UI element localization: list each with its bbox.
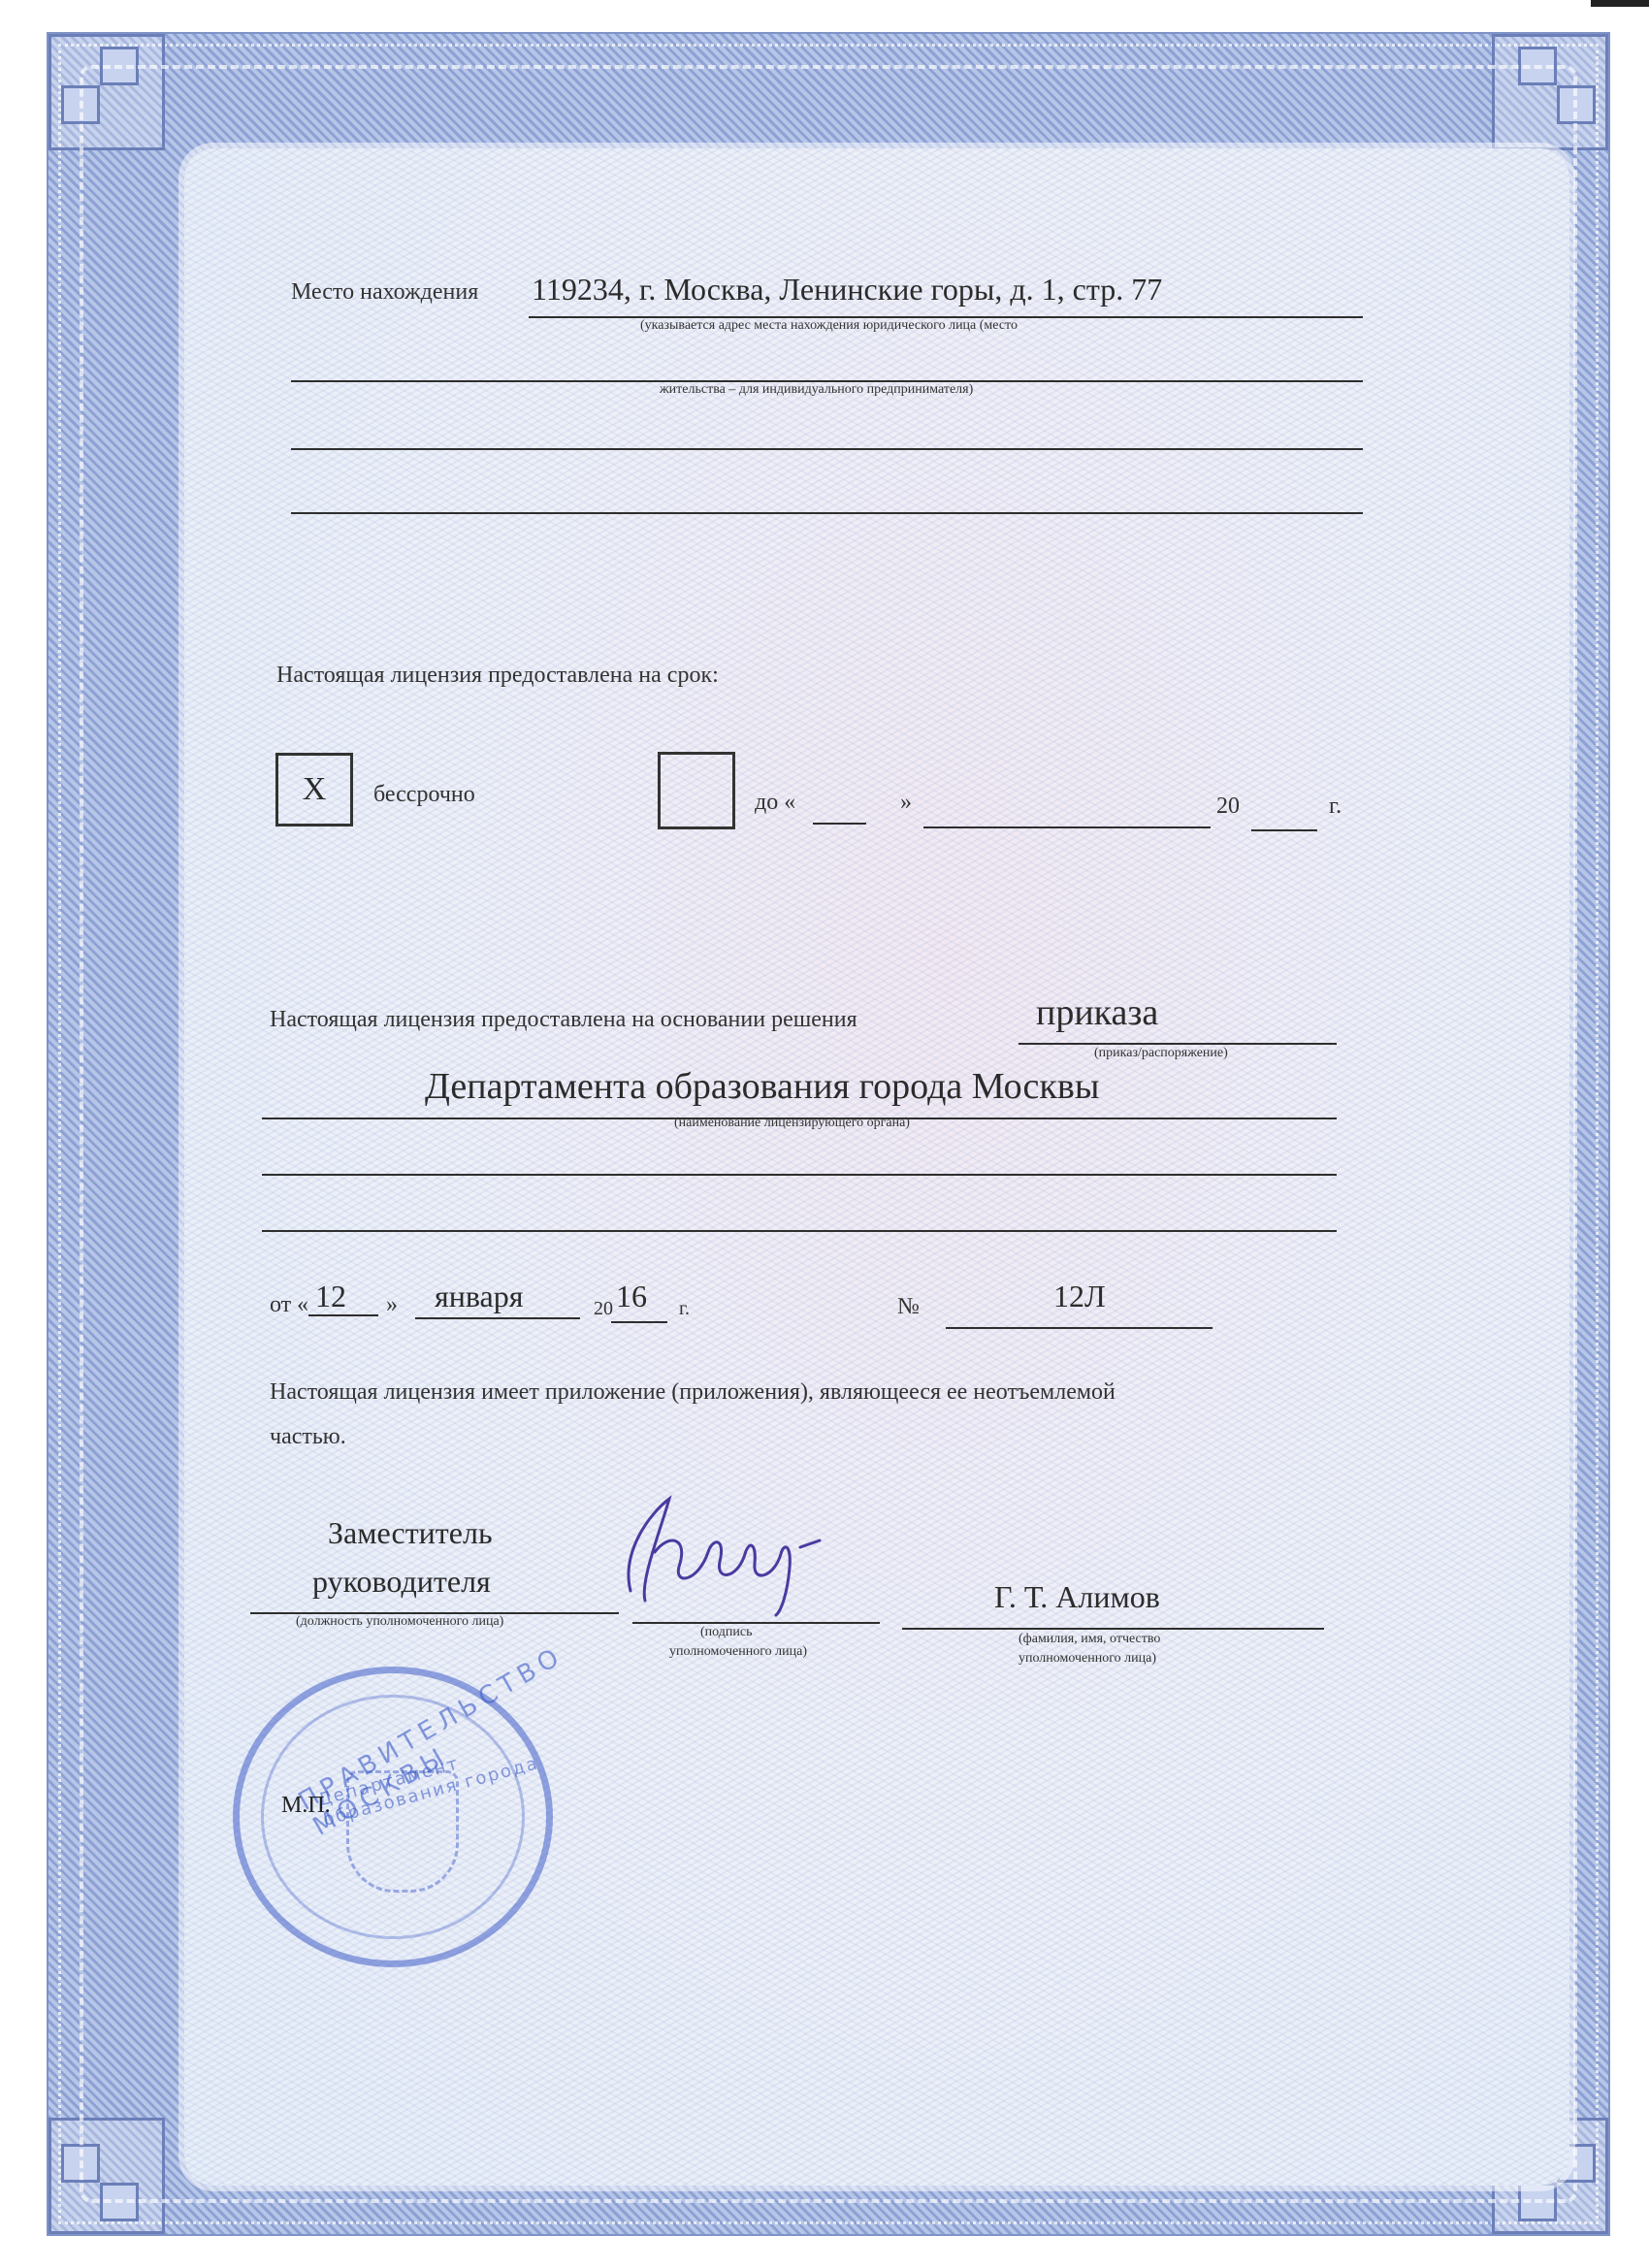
date-year-prefix: 20 [594,1298,613,1320]
location-line-3 [291,448,1363,450]
decision-type: приказа [1036,991,1158,1034]
signatory-name: Г. Т. Алимов [994,1579,1160,1615]
name-hint-2: уполномоченного лица) [1018,1651,1156,1667]
appendix-text-2: частью. [270,1424,346,1450]
authority-line-3 [262,1230,1337,1232]
term-heading: Настоящая лицензия предоставлена на срок… [276,663,719,689]
date-year-label: г. [679,1298,690,1320]
until-date-checkbox[interactable] [658,752,735,829]
until-label: до « [755,790,795,816]
corner-ornament-bottom-right [1492,2118,1608,2234]
date-prefix: от « [270,1292,308,1318]
until-day-blank [813,823,866,825]
signature-underline [632,1622,880,1624]
until-year-prefix: 20 [1216,794,1240,820]
location-hint-2: жительства – для индивидуального предпри… [660,382,973,398]
location-label: Место нахождения [291,279,478,306]
license-number: 12Л [1053,1279,1106,1314]
position-line-1: Заместитель [328,1515,493,1551]
authority-hint: (наименование лицензирующего органа) [674,1116,910,1131]
date-day: 12 [315,1279,346,1314]
seal-place-label: М.П. [281,1793,331,1819]
name-underline [902,1628,1324,1630]
basis-label: Настоящая лицензия предоставлена на осно… [270,1007,857,1033]
appendix-text-1: Настоящая лицензия имеет приложение (при… [270,1379,1115,1406]
scan-edge-mark [1591,0,1649,7]
location-line-4 [291,512,1363,514]
seal-emblem-icon [346,1770,459,1893]
until-month-blank [923,826,1211,828]
date-quote-close: » [386,1292,398,1318]
until-year-blank [1251,829,1317,831]
until-quote-close: » [900,790,912,816]
handwritten-signature [611,1494,883,1620]
corner-ornament-bottom-left [48,2118,165,2234]
signature-hint-1: (подпись [700,1625,752,1640]
date-month: января [435,1279,523,1314]
corner-ornament-top-right [1492,34,1608,150]
date-year-underline [611,1321,667,1323]
number-label: № [897,1294,920,1320]
location-value: 119234, г. Москва, Ленинские горы, д. 1,… [532,272,1162,308]
until-year-suffix: г. [1329,794,1342,820]
location-hint-1: (указывается адрес места нахождения юрид… [640,318,1018,334]
indefinite-checkbox[interactable]: X [275,753,353,826]
decision-type-hint: (приказ/распоряжение) [1094,1046,1228,1061]
license-number-underline [946,1327,1212,1329]
position-line-2: руководителя [312,1564,491,1600]
indefinite-label: бессрочно [373,782,475,808]
date-year-suffix: 16 [616,1279,647,1314]
date-month-underline [415,1317,580,1319]
authority-line-2 [262,1174,1337,1176]
licensing-authority: Департамента образования города Москвы [425,1065,1099,1108]
name-hint-1: (фамилия, имя, отчество [1018,1632,1160,1647]
position-hint: (должность уполномоченного лица) [296,1614,503,1630]
signature-hint-2: уполномоченного лица) [669,1644,807,1660]
decision-type-underline [1018,1043,1337,1045]
indefinite-check-mark: X [303,771,327,808]
date-day-underline [308,1314,378,1316]
corner-ornament-top-left [48,34,165,150]
